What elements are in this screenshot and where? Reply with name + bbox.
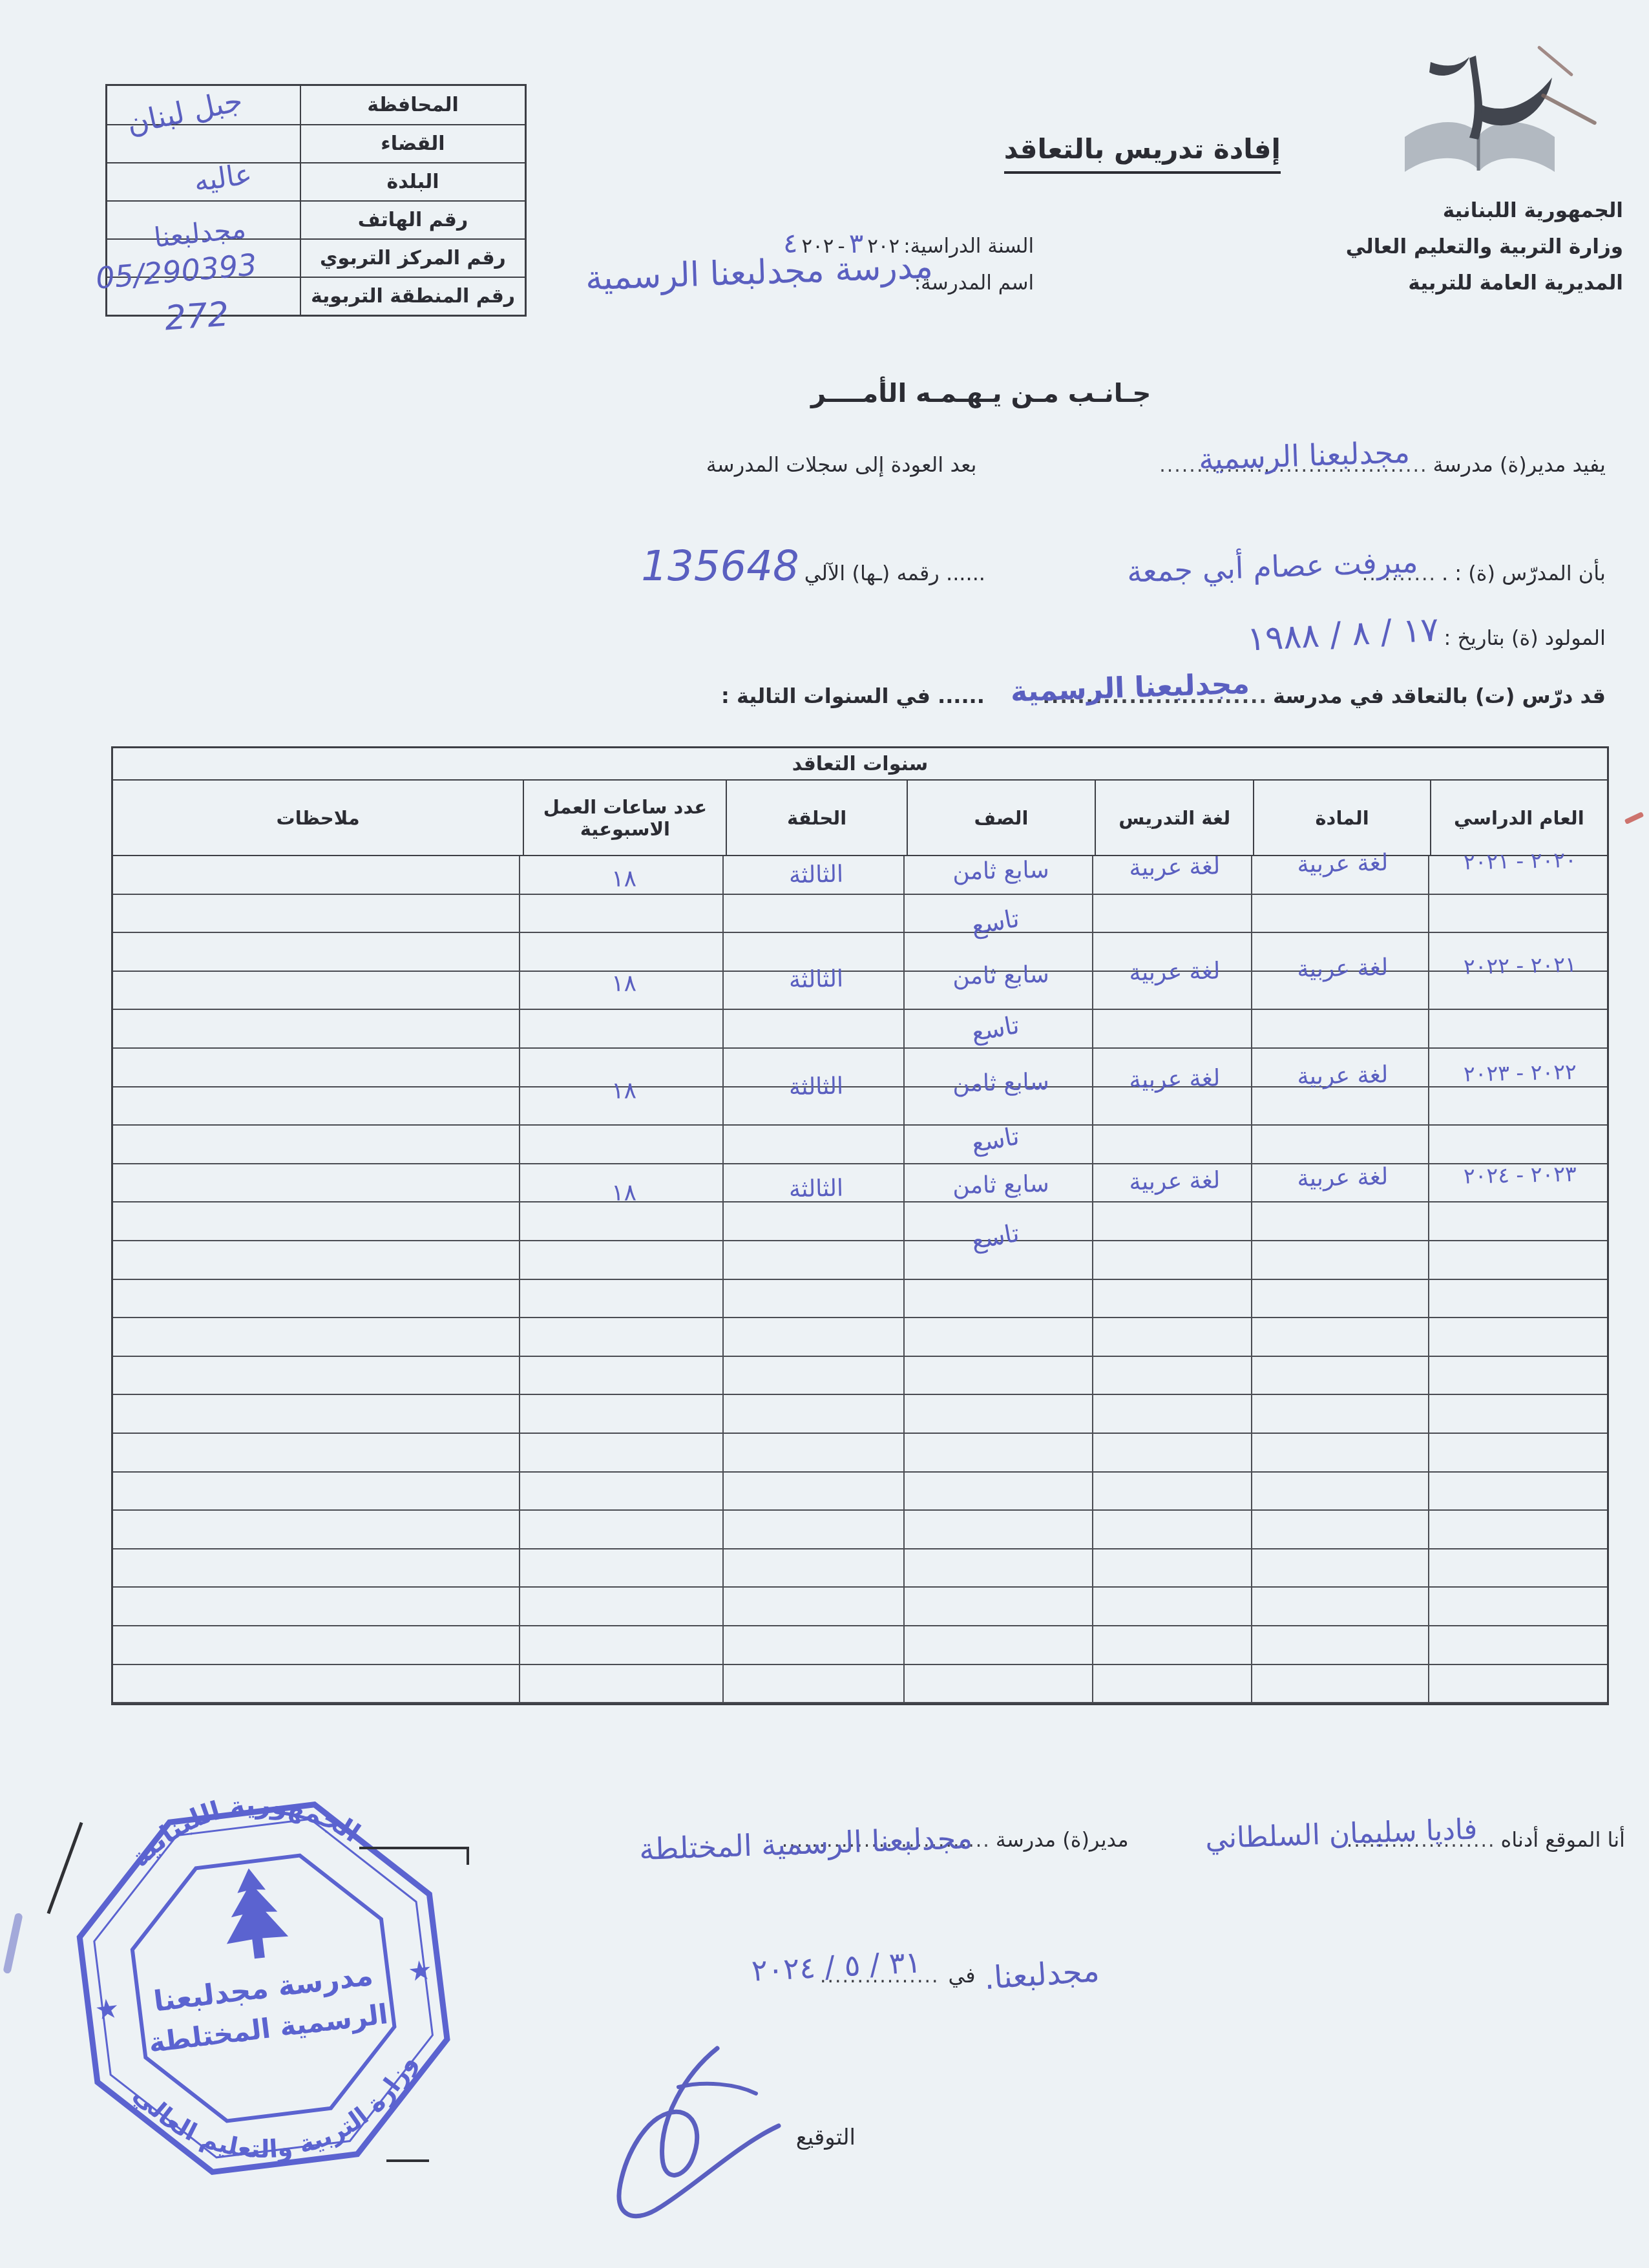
entry-hours: ١٨: [522, 863, 726, 894]
row-label: المحافظة: [300, 86, 525, 124]
scanned-teaching-contract-form: الجمهورية اللبنانية وزارة التربية والتعل…: [0, 0, 1649, 2268]
table-header-row: العام الدراسي المادة لغة التدريس الصف ال…: [113, 781, 1607, 856]
declaration-school-handwritten: مجدلبعنا الرسمية المختلطة: [638, 1820, 973, 1867]
entry-hours: ١٨: [522, 1075, 726, 1106]
entry-language: لغة عربية: [1095, 852, 1254, 882]
quill-stroke-right: [1481, 78, 1552, 125]
entry-year: ٢٠٢٢ - ٢٠٢٣: [1431, 1057, 1609, 1087]
column-header-weekly-hours: عدد ساعات العمل الاسبوعية: [523, 781, 726, 855]
birthdate-label: المولود (ة) بتاريخ :: [1444, 625, 1606, 650]
signature-label: التوقيع: [796, 2125, 856, 2150]
entry-year: ٢٠٢٠ - ٢٠٢١: [1431, 845, 1609, 876]
table-row: البلدة: [107, 162, 525, 200]
teacher-number-label: ...... رقمه (ـها) الآلي: [804, 561, 985, 585]
directorate-line: المديرية العامة للتربية: [1346, 265, 1623, 301]
entry-cycle: الثالثة: [726, 859, 907, 890]
box-corner-line: [386, 2159, 429, 2162]
quill-stroke-left: [1429, 57, 1469, 76]
declaration-line: أنا الموقع أدناه فاديا سليمان السلطاني .…: [519, 1827, 1625, 1852]
director-name-fill-area: فاديا سليمان السلطاني ..................…: [1134, 1829, 1496, 1852]
entry-language: لغة عربية: [1095, 1064, 1254, 1094]
ministry-book-logo: [1393, 43, 1566, 194]
teacher-line: بأن المدرّس (ة) : . ميرفت عصام أبي جمعة …: [641, 543, 1606, 585]
declaration-middle: مدير(ة) مدرسة: [996, 1827, 1129, 1852]
red-margin-mark: [1624, 812, 1644, 824]
entry-grade: سابع ثامن: [907, 1170, 1096, 1200]
certify-prefix: يفيد مدير(ة) مدرسة: [1433, 452, 1606, 477]
birthdate-line: المولود (ة) بتاريخ : ١٧ / ٨ / ١٩٨٨: [1247, 615, 1606, 650]
blue-corner-mark: [3, 1913, 23, 1974]
entry-year: ٢٠٢١ - ٢٠٢٢: [1431, 950, 1609, 980]
center-number-handwritten: 272: [163, 295, 230, 339]
row-label: رقم المنطقة التربوية: [300, 278, 525, 315]
row-label: القضاء: [300, 125, 525, 162]
entry-subject: لغة عربية: [1254, 1162, 1431, 1193]
date-fill-area: ٣١ / ٥ / ٢٠٢٤ ................: [681, 1965, 940, 1988]
republic-line: الجمهورية اللبنانية: [1346, 193, 1623, 229]
taught-school-fill-area: مجدلبعنا الرسمية .......................…: [990, 686, 1268, 708]
entry-subject: لغة عربية: [1254, 953, 1431, 983]
entry-language: لغة عربية: [1095, 1166, 1254, 1196]
entry-cycle: الثالثة: [726, 1071, 907, 1102]
signature-stroke: [619, 2048, 779, 2216]
entry-grade: سابع ثامن: [907, 960, 1096, 991]
place-date-line: مجدلبعنا. في ٣١ / ٥ / ٢٠٢٤ .............…: [681, 1957, 1100, 1988]
declaration-prefix: أنا الموقع أدناه: [1501, 1827, 1625, 1852]
to-whom-it-may-concern-heading: جـانـب مـن يـهـمـه الأمــــر: [811, 379, 1151, 408]
box-corner-line: [467, 1847, 469, 1865]
entry-grade: سابع ثامن: [907, 856, 1096, 886]
government-header: الجمهورية اللبنانية وزارة التربية والتعل…: [1346, 193, 1623, 301]
entry-hours: ١٨: [522, 1177, 726, 1208]
certify-line: يفيد مدير(ة) مدرسة مجدلبعنا الرسمية ....…: [706, 452, 1606, 477]
teacher-id-handwritten: 135648: [641, 543, 799, 591]
column-header-subject: المادة: [1253, 781, 1429, 855]
column-divider: [1428, 856, 1429, 1703]
ministry-line: وزارة التربية والتعليم العالي: [1346, 229, 1623, 265]
entry-grade: سابع ثامن: [907, 1067, 1096, 1098]
column-header-grade: الصف: [907, 781, 1095, 855]
school-handwritten: مجدلبعنا الرسمية: [1198, 434, 1411, 476]
signature-flourish: [678, 2084, 756, 2094]
birthdate-handwritten: ١٧ / ٨ / ١٩٨٨: [1246, 610, 1439, 658]
entry-cycle: الثالثة: [726, 1173, 907, 1204]
row-label: رقم الهاتف: [300, 202, 525, 238]
entry-subject: لغة عربية: [1254, 1060, 1431, 1091]
column-header-cycle: الحلقة: [726, 781, 906, 855]
date-in-label: في: [949, 1963, 976, 1988]
column-header-year: العام الدراسي: [1430, 781, 1607, 855]
place-handwritten: مجدلبعنا.: [983, 1953, 1101, 1997]
box-corner-line: [359, 1847, 469, 1849]
taught-suffix: ...... في السنوات التالية :: [721, 684, 985, 708]
certify-suffix: بعد العودة إلى سجلات المدرسة: [706, 452, 977, 477]
cedar-tree-icon: [218, 1865, 290, 1962]
quill-stroke-vertical: [1469, 56, 1483, 140]
stamp-star-left: ★: [93, 1992, 121, 2026]
entry-language: لغة عربية: [1095, 957, 1254, 987]
entry-year: ٢٠٢٣ - ٢٠٢٤: [1431, 1159, 1609, 1190]
school-fill-area: مجدلبعنا الرسمية .......................…: [982, 454, 1428, 477]
taught-prefix: قد درّس (ت) بالتعاقد في مدرسة: [1273, 684, 1606, 708]
column-header-language: لغة التدريس: [1095, 781, 1253, 855]
entry-cycle: الثالثة: [726, 964, 907, 994]
taught-line: قد درّس (ت) بالتعاقد في مدرسة مجدلبعنا ا…: [721, 684, 1606, 708]
declaration-school-fill-area: مجدلبعنا الرسمية المختلطة ..............…: [519, 1829, 991, 1852]
director-signature: [523, 2022, 795, 2232]
school-name-handwritten: مدرسة مجدلبعنا الرسمية: [585, 247, 934, 299]
entry-subject: لغة عربية: [1254, 848, 1431, 879]
row-label: البلدة: [300, 163, 525, 200]
teacher-name-fill-area: ميرفت عصام أبي جمعة ..........: [991, 563, 1436, 585]
stamp-star-right: ★: [406, 1953, 434, 1988]
teacher-prefix: بأن المدرّس (ة) : .: [1442, 561, 1606, 585]
official-school-stamp: الجمهورية اللبنانية وزارة التربية والتعل…: [40, 1762, 488, 2219]
page-title: إفادة تدريس بالتعاقد: [1004, 133, 1281, 174]
table-title: سنوات التعاقد: [113, 748, 1607, 781]
row-label: رقم المركز التربوي: [300, 240, 525, 277]
entry-hours: ١٨: [522, 968, 726, 999]
column-header-notes: ملاحظات: [113, 781, 523, 855]
